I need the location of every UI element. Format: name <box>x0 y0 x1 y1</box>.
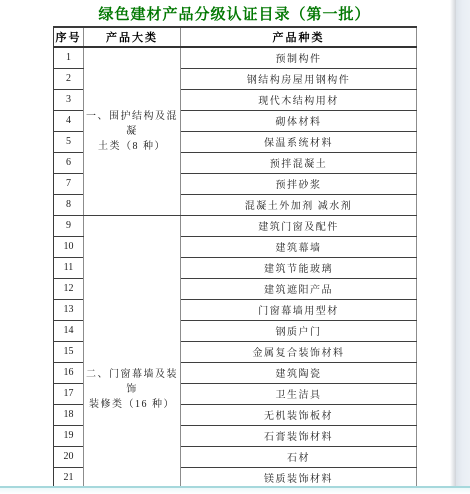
header-product-type: 产品种类 <box>181 27 417 47</box>
table-row: 1 一、围护结构及混凝 土类（8 种） 预制构件 <box>54 47 417 68</box>
row-number: 9 <box>54 215 84 236</box>
row-number: 18 <box>54 404 84 425</box>
category-line: 装修类（16 种） <box>89 399 175 410</box>
row-number: 16 <box>54 362 84 383</box>
row-number: 7 <box>54 173 84 194</box>
product-type-cell: 无机装饰板材 <box>181 404 417 425</box>
product-type-cell: 石材 <box>181 446 417 467</box>
row-number: 14 <box>54 320 84 341</box>
row-number: 12 <box>54 278 84 299</box>
row-number: 15 <box>54 341 84 362</box>
category-line: 一、围护结构及混凝 <box>86 111 178 137</box>
row-number: 10 <box>54 236 84 257</box>
product-type-cell: 建筑遮阳产品 <box>181 278 417 299</box>
product-type-cell: 现代木结构用材 <box>181 89 417 110</box>
category-line: 土类（8 种） <box>98 141 166 152</box>
header-serial: 序号 <box>54 27 84 47</box>
category-cell-1: 一、围护结构及混凝 土类（8 种） <box>84 47 181 215</box>
row-number: 13 <box>54 299 84 320</box>
row-number: 2 <box>54 68 84 89</box>
catalog-table: 序号 产品大类 产品种类 1 一、围护结构及混凝 土类（8 种） 预制构件 2 … <box>53 26 417 489</box>
product-type-cell: 预拌砂浆 <box>181 173 417 194</box>
product-type-cell: 预制构件 <box>181 47 417 68</box>
row-number: 11 <box>54 257 84 278</box>
product-type-cell: 混凝土外加剂 减水剂 <box>181 194 417 215</box>
table-row: 9 二、门窗幕墙及装饰 装修类（16 种） 建筑门窗及配件 <box>54 215 417 236</box>
category-line: 二、门窗幕墙及装饰 <box>86 369 178 395</box>
product-type-cell: 钢质户门 <box>181 320 417 341</box>
product-type-cell: 预拌混凝土 <box>181 152 417 173</box>
product-type-cell: 镁质装饰材料 <box>181 467 417 488</box>
header-major-category: 产品大类 <box>84 27 181 47</box>
page-title: 绿色建材产品分级认证目录（第一批） <box>53 3 416 24</box>
product-type-cell: 金属复合装饰材料 <box>181 341 417 362</box>
row-number: 3 <box>54 89 84 110</box>
row-number: 1 <box>54 47 84 68</box>
app-background-strip <box>456 0 470 486</box>
product-type-cell: 建筑门窗及配件 <box>181 215 417 236</box>
row-number: 8 <box>54 194 84 215</box>
product-type-cell: 石膏装饰材料 <box>181 425 417 446</box>
product-type-cell: 砌体材料 <box>181 110 417 131</box>
window-bottom-edge <box>0 486 470 494</box>
row-number: 21 <box>54 467 84 488</box>
product-type-cell: 钢结构房屋用钢构件 <box>181 68 417 89</box>
row-number: 17 <box>54 383 84 404</box>
product-type-cell: 门窗幕墙用型材 <box>181 299 417 320</box>
category-cell-2: 二、门窗幕墙及装饰 装修类（16 种） <box>84 215 181 488</box>
product-type-cell: 卫生洁具 <box>181 383 417 404</box>
row-number: 20 <box>54 446 84 467</box>
row-number: 5 <box>54 131 84 152</box>
row-number: 6 <box>54 152 84 173</box>
product-type-cell: 保温系统材料 <box>181 131 417 152</box>
table-header-row: 序号 产品大类 产品种类 <box>54 27 417 47</box>
product-type-cell: 建筑节能玻璃 <box>181 257 417 278</box>
row-number: 4 <box>54 110 84 131</box>
product-type-cell: 建筑陶瓷 <box>181 362 417 383</box>
product-type-cell: 建筑幕墙 <box>181 236 417 257</box>
row-number: 19 <box>54 425 84 446</box>
